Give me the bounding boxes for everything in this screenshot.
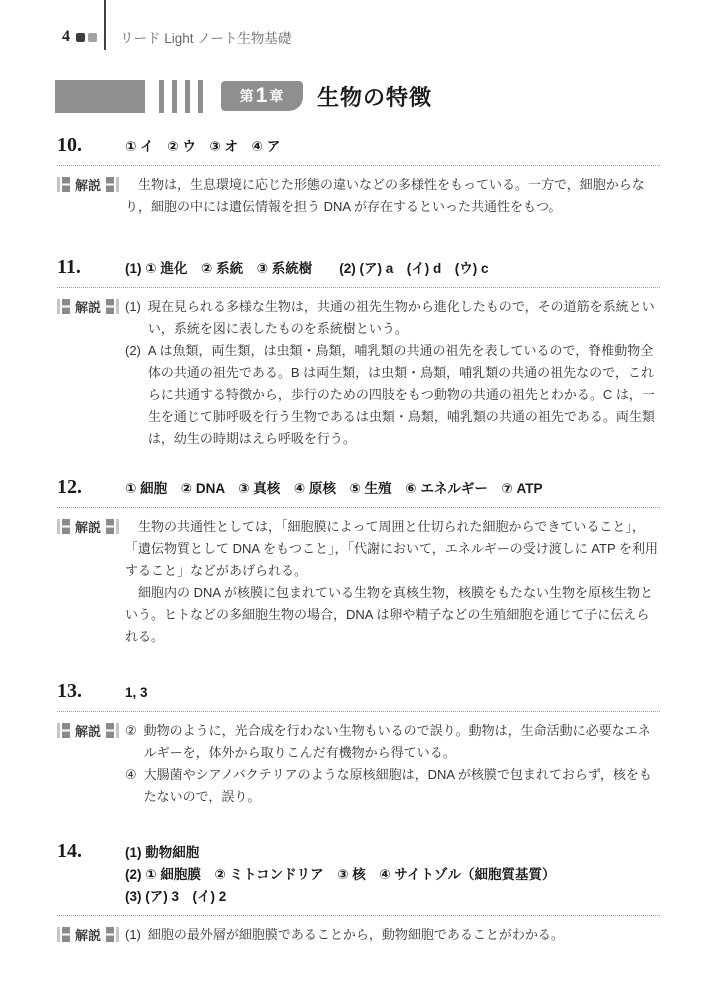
answer-lines: ① 細胞 ② DNA ③ 真核 ④ 原核 ⑤ 生殖 ⑥ エネルギー ⑦ ATP (125, 476, 660, 500)
answer-lines: ① イ ② ウ ③ オ ④ ア (125, 134, 660, 158)
answer-row: 14. (1) 動物細胞(2) ① 細胞膜 ② ミトコンドリア ③ 核 ④ サイ… (57, 840, 660, 908)
kaisetsu-label: 解説 (75, 721, 101, 740)
dotted-divider (57, 507, 660, 508)
explanation-text: 動物のように，光合成を行わない生物もいるので誤り。動物は，生命活動に必要なエネル… (144, 720, 660, 764)
kaisetsu-right-squares-icon (106, 177, 114, 192)
answer-lines: (1) 動物細胞(2) ① 細胞膜 ② ミトコンドリア ③ 核 ④ サイトゾル（… (125, 840, 660, 908)
problem-number: 12. (57, 476, 125, 498)
kaisetsu-right-squares-icon (106, 519, 114, 534)
answer-row: 12. ① 細胞 ② DNA ③ 真核 ④ 原核 ⑤ 生殖 ⑥ エネルギー ⑦ … (57, 476, 660, 500)
kaisetsu-left-squares-icon (62, 519, 70, 534)
answer-row: 13. 1, 3 (57, 680, 660, 704)
kaisetsu-label: 解説 (75, 925, 101, 944)
explanation-marker: (2) (125, 340, 141, 450)
problem: 11. (1) ① 進化 ② 系統 ③ 系統樹 (2) (ア) a (イ) d … (57, 256, 660, 450)
page-marker-square-dark-icon (76, 33, 85, 42)
dotted-divider (57, 287, 660, 288)
header-divider (104, 0, 106, 50)
explanation: 生物は，生息環境に応じた形態の違いなどの多様性をもっている。一方で，細胞からなり… (125, 172, 660, 218)
problem-number: 11. (57, 256, 125, 278)
answer-lines: 1, 3 (125, 680, 660, 704)
explanation-text: A は魚類，両生類，は虫類・鳥類，哺乳類の共通の祖先を表しているので，脊椎動物全… (148, 340, 660, 450)
kaisetsu-left-squares-icon (62, 177, 70, 192)
explanation: (1)現在見られる多様な生物は，共通の祖先生物から進化したもので，その道筋を系統… (125, 294, 660, 450)
chapter-badge-prefix: 第 (240, 86, 255, 106)
answer-line: (2) ① 細胞膜 ② ミトコンドリア ③ 核 ④ サイトゾル（細胞質基質） (125, 864, 660, 886)
explanation-paragraph: 生物は，生息環境に応じた形態の違いなどの多様性をもっている。一方で，細胞からなり… (125, 174, 660, 218)
page-number: 4 (62, 28, 70, 46)
answer-line: ① イ ② ウ ③ オ ④ ア (125, 136, 660, 158)
explanation-paragraph: 細胞内の DNA が核膜に包まれている生物を真核生物，核膜をもたない生物を原核生… (125, 582, 660, 648)
problem: 10. ① イ ② ウ ③ オ ④ ア 解説 生物は，生息環境に応じた形態の違い… (57, 134, 660, 218)
kaisetsu-label: 解説 (75, 517, 101, 536)
explanation-marker: ② (125, 720, 137, 764)
answer-line: (1) ① 進化 ② 系統 ③ 系統樹 (2) (ア) a (イ) d (ウ) … (125, 258, 660, 280)
kaisetsu-right-bar-icon (116, 519, 119, 534)
chapter-badge-suffix: 章 (269, 86, 284, 106)
chapter-badge-number: 1 (255, 84, 270, 108)
answer-line: ① 細胞 ② DNA ③ 真核 ④ 原核 ⑤ 生殖 ⑥ エネルギー ⑦ ATP (125, 478, 660, 500)
answer-row: 10. ① イ ② ウ ③ オ ④ ア (57, 134, 660, 158)
book-title: リード Light ノート生物基礎 (107, 27, 291, 47)
answer-line: (3) (ア) 3 (イ) 2 (125, 886, 660, 908)
kaisetsu-label: 解説 (75, 175, 101, 194)
kaisetsu-left-bar-icon (57, 177, 60, 192)
kaisetsu-left-squares-icon (62, 299, 70, 314)
problems: 10. ① イ ② ウ ③ オ ④ ア 解説 生物は，生息環境に応じた形態の違い… (0, 134, 708, 946)
answer-lines: (1) ① 進化 ② 系統 ③ 系統樹 (2) (ア) a (イ) d (ウ) … (125, 256, 660, 280)
problem: 12. ① 細胞 ② DNA ③ 真核 ④ 原核 ⑤ 生殖 ⑥ エネルギー ⑦ … (57, 476, 660, 648)
chapter-banner: 第1章 生物の特徴 (55, 78, 708, 114)
answer-line: (1) 動物細胞 (125, 842, 660, 864)
explanation-marker: (1) (125, 296, 141, 340)
answer-row: 11. (1) ① 進化 ② 系統 ③ 系統樹 (2) (ア) a (イ) d … (57, 256, 660, 280)
explanation-marker: ④ (125, 764, 137, 808)
explanation-text: 細胞の最外層が細胞膜であることから，動物細胞であることがわかる。 (148, 924, 660, 946)
chapter-title: 生物の特徴 (317, 81, 432, 112)
explanation-row: 解説 ②動物のように，光合成を行わない生物もいるので誤り。動物は，生命活動に必要… (57, 718, 660, 808)
chapter-banner-block (55, 80, 145, 113)
chapter-badge: 第1章 (221, 81, 303, 111)
dotted-divider (57, 165, 660, 166)
explanation-paragraph: 生物の共通性としては，「細胞膜によって周囲と仕切られた細胞からできていること」，… (125, 516, 660, 582)
explanation-row: 解説 生物の共通性としては，「細胞膜によって周囲と仕切られた細胞からできているこ… (57, 514, 660, 648)
page-marker-square-light-icon (88, 33, 97, 42)
explanation-paragraph: (1)現在見られる多様な生物は，共通の祖先生物から進化したもので，その道筋を系統… (125, 296, 660, 340)
explanation-paragraph: ④大腸菌やシアノバクテリアのような原核細胞は，DNA が核膜で包まれておらず，核… (125, 764, 660, 808)
explanation: (1)細胞の最外層が細胞膜であることから，動物細胞であることがわかる。 (125, 922, 660, 946)
running-head: 4 リード Light ノート生物基礎 (0, 0, 708, 48)
dotted-divider (57, 711, 660, 712)
kaisetsu-left-bar-icon (57, 927, 60, 942)
explanation-marker: (1) (125, 924, 141, 946)
explanation: ②動物のように，光合成を行わない生物もいるので誤り。動物は，生命活動に必要なエネ… (125, 718, 660, 808)
problem-number: 14. (57, 840, 125, 862)
kaisetsu-badge: 解説 (57, 172, 125, 194)
explanation-text: 大腸菌やシアノバクテリアのような原核細胞は，DNA が核膜で包まれておらず，核を… (144, 764, 660, 808)
kaisetsu-badge: 解説 (57, 294, 125, 316)
explanation-row: 解説 (1)細胞の最外層が細胞膜であることから，動物細胞であることがわかる。 (57, 922, 660, 946)
kaisetsu-badge: 解説 (57, 922, 125, 944)
kaisetsu-right-squares-icon (106, 927, 114, 942)
kaisetsu-right-squares-icon (106, 299, 114, 314)
kaisetsu-badge: 解説 (57, 514, 125, 536)
kaisetsu-right-bar-icon (116, 299, 119, 314)
textbook-page: 4 リード Light ノート生物基礎 第1章 生物の特徴 10. ① イ ② … (0, 0, 708, 1000)
kaisetsu-right-bar-icon (116, 177, 119, 192)
explanation: 生物の共通性としては，「細胞膜によって周囲と仕切られた細胞からできていること」，… (125, 514, 660, 648)
explanation-row: 解説 (1)現在見られる多様な生物は，共通の祖先生物から進化したもので，その道筋… (57, 294, 660, 450)
explanation-paragraph: (1)細胞の最外層が細胞膜であることから，動物細胞であることがわかる。 (125, 924, 660, 946)
kaisetsu-left-bar-icon (57, 723, 60, 738)
kaisetsu-left-squares-icon (62, 927, 70, 942)
problem-number: 10. (57, 134, 125, 156)
problem-number: 13. (57, 680, 125, 702)
chapter-banner-bars-icon (159, 80, 211, 113)
answer-line: 1, 3 (125, 682, 660, 704)
problem: 13. 1, 3 解説 ②動物のように，光合成を行わない生物もいるので誤り。動物… (57, 680, 660, 808)
kaisetsu-right-squares-icon (106, 723, 114, 738)
explanation-paragraph: (2)A は魚類，両生類，は虫類・鳥類，哺乳類の共通の祖先を表しているので，脊椎… (125, 340, 660, 450)
kaisetsu-left-bar-icon (57, 519, 60, 534)
kaisetsu-label: 解説 (75, 297, 101, 316)
kaisetsu-right-bar-icon (116, 723, 119, 738)
problem: 14. (1) 動物細胞(2) ① 細胞膜 ② ミトコンドリア ③ 核 ④ サイ… (57, 840, 660, 946)
explanation-paragraph: ②動物のように，光合成を行わない生物もいるので誤り。動物は，生命活動に必要なエネ… (125, 720, 660, 764)
kaisetsu-badge: 解説 (57, 718, 125, 740)
dotted-divider (57, 915, 660, 916)
explanation-row: 解説 生物は，生息環境に応じた形態の違いなどの多様性をもっている。一方で，細胞か… (57, 172, 660, 218)
kaisetsu-left-squares-icon (62, 723, 70, 738)
explanation-text: 現在見られる多様な生物は，共通の祖先生物から進化したもので，その道筋を系統といい… (148, 296, 660, 340)
kaisetsu-left-bar-icon (57, 299, 60, 314)
kaisetsu-right-bar-icon (116, 927, 119, 942)
